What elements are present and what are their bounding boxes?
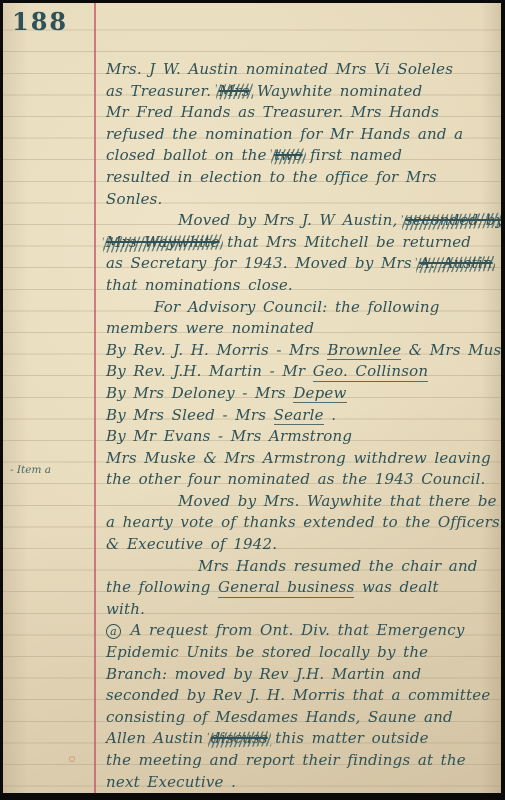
handwritten-segment: By Mrs Deloney - Mrs <box>106 384 293 402</box>
handwritten-line: By Rev. J.H. Martin - Mr Geo. Collinson <box>106 361 499 383</box>
handwritten-segment: Moved by Mrs. Waywhite that there be <box>178 492 497 510</box>
handwritten-segment: as Treasurer. <box>106 82 219 100</box>
handwritten-segment: Branch: moved by Rev J.H. Martin and <box>106 665 421 683</box>
handwritten-segment: the meeting and report their findings at… <box>106 751 466 769</box>
handwritten-segment: was dealt <box>354 578 438 596</box>
handwritten-line: Allen Austin discuss this matter outside <box>106 728 499 750</box>
underlined-name: Searle <box>274 406 324 426</box>
handwritten-segment: consisting of Mesdames Hands, Saune and <box>106 708 453 726</box>
handwritten-line: the following General business was dealt <box>106 577 499 599</box>
handwritten-segment: a hearty vote of thanks extended to the … <box>106 513 500 531</box>
handwritten-segment: . <box>324 406 336 424</box>
handwritten-line: a A request from Ont. Div. that Emergenc… <box>106 620 499 642</box>
handwritten-segment: resulted in election to the office for M… <box>106 168 437 186</box>
handwritten-line: By Mr Evans - Mrs Armstrong <box>106 426 499 448</box>
handwritten-line: Moved by Mrs J. W Austin, seconded by <box>106 210 499 232</box>
handwritten-line: Epidemic Units be stored locally by the <box>106 642 499 664</box>
handwritten-line: members were nominated <box>106 318 499 340</box>
underlined-name: Brownlee <box>327 341 401 361</box>
page-number: 188 <box>12 7 68 36</box>
handwritten-segment: with. <box>106 600 145 618</box>
handwritten-segment: the following <box>106 578 218 596</box>
handwritten-segment: that nominations close. <box>106 276 293 294</box>
scribbled-out-text: Mrs Waywhite <box>106 232 220 254</box>
handwritten-line: the other four nominated as the 1943 Cou… <box>106 469 499 491</box>
handwritten-line: Mr Fred Hands as Treasurer. Mrs Hands <box>106 102 499 124</box>
handwritten-segment: By Mr Evans - Mrs Armstrong <box>106 427 352 445</box>
handwritten-line: Mrs Muske & Mrs Armstrong withdrew leavi… <box>106 448 499 470</box>
handwritten-line: For Advisory Council: the following <box>106 297 499 319</box>
handwritten-line: that nominations close. <box>106 275 499 297</box>
circled-item-marker: a <box>106 624 121 639</box>
handwritten-segment: as Secretary for 1943. Moved by Mrs <box>106 254 419 272</box>
handwritten-segment: the other four nominated as the 1943 Cou… <box>106 470 485 488</box>
handwritten-segment: this matter outside <box>268 729 429 747</box>
handwritten-segment: By Rev. J. H. Morris - Mrs <box>106 341 327 359</box>
handwritten-text: Mrs. J W. Austin nominated Mrs Vi Solele… <box>106 59 499 793</box>
handwritten-segment: Mrs. J W. Austin nominated Mrs Vi Solele… <box>106 60 453 78</box>
handwritten-line: a hearty vote of thanks extended to the … <box>106 512 499 534</box>
scribbled-out-text: Mrs <box>219 81 250 103</box>
handwritten-segment: A request from Ont. Div. that Emergency <box>123 621 465 639</box>
handwritten-line: By Rev. J. H. Morris - Mrs Brownlee & Mr… <box>106 340 499 362</box>
handwritten-line: resulted in election to the office for M… <box>106 167 499 189</box>
handwritten-line: Mrs. J W. Austin nominated Mrs Vi Solele… <box>106 59 499 81</box>
handwritten-line: seconded by Rev J. H. Morris that a comm… <box>106 685 499 707</box>
handwritten-segment: that Mrs Mitchell be returned <box>220 233 471 251</box>
handwritten-segment: Mrs Muske & Mrs Armstrong withdrew leavi… <box>106 449 491 467</box>
scribbled-out-text: discuss <box>211 728 268 750</box>
handwritten-segment: first named <box>303 146 403 164</box>
handwritten-segment: Mr Fred Hands as Treasurer. Mrs Hands <box>106 103 439 121</box>
handwritten-segment: Waywhite nominated <box>250 82 423 100</box>
underlined-name: General business <box>218 578 354 598</box>
handwritten-line: Branch: moved by Rev J.H. Martin and <box>106 664 499 686</box>
handwritten-segment: & Mrs Muske <box>401 341 501 359</box>
handwritten-line: as Secretary for 1943. Moved by Mrs A. A… <box>106 253 499 275</box>
handwritten-line: closed ballot on the two first named <box>106 145 499 167</box>
underlined-name: Depew <box>293 384 346 404</box>
handwritten-segment: Moved by Mrs J. W Austin, <box>178 211 405 229</box>
scribbled-out-text: seconded by <box>405 210 501 232</box>
handwritten-segment: refused the nomination for Mr Hands and … <box>106 125 463 143</box>
scribbled-out-text: two <box>274 145 303 167</box>
handwritten-line: Mrs Waywhite that Mrs Mitchell be return… <box>106 232 499 254</box>
handwritten-line: consisting of Mesdames Hands, Saune and <box>106 707 499 729</box>
handwritten-line: Mrs Hands resumed the chair and <box>106 556 499 578</box>
ledger-page: 188 - Item a Mrs. J W. Austin nominated … <box>3 3 501 793</box>
handwritten-segment: closed ballot on the <box>106 146 274 164</box>
handwritten-line: By Mrs Sleed - Mrs Searle . <box>106 405 499 427</box>
handwritten-segment: Allen Austin <box>106 729 211 747</box>
ledger-photo: 188 - Item a Mrs. J W. Austin nominated … <box>0 0 505 800</box>
handwritten-line: next Executive . <box>106 772 499 793</box>
handwritten-segment: & Executive of 1942. <box>106 535 277 553</box>
underlined-name: Geo. Collinson <box>313 362 428 382</box>
handwritten-segment: seconded by Rev J. H. Morris that a comm… <box>106 686 490 704</box>
handwritten-segment: By Mrs Sleed - Mrs <box>106 406 274 424</box>
margin-rule-line <box>94 3 96 793</box>
handwritten-segment: members were nominated <box>106 319 314 337</box>
handwritten-segment: Sonles. <box>106 190 163 208</box>
scribbled-out-text: A. Austin <box>419 253 492 275</box>
handwritten-line: Moved by Mrs. Waywhite that there be <box>106 491 499 513</box>
handwritten-line: with. <box>106 599 499 621</box>
handwritten-segment: next Executive . <box>106 773 236 791</box>
handwritten-segment: Mrs Hands resumed the chair and <box>198 557 478 575</box>
handwritten-line: Sonles. <box>106 189 499 211</box>
handwritten-segment: Epidemic Units be stored locally by the <box>106 643 428 661</box>
margin-note: - Item a <box>10 464 94 476</box>
handwritten-segment: For Advisory Council: the following <box>154 298 440 316</box>
handwritten-line: as Treasurer. Mrs Waywhite nominated <box>106 81 499 103</box>
handwritten-line: the meeting and report their findings at… <box>106 750 499 772</box>
handwritten-line: refused the nomination for Mr Hands and … <box>106 124 499 146</box>
handwritten-line: By Mrs Deloney - Mrs Depew <box>106 383 499 405</box>
handwritten-segment: By Rev. J.H. Martin - Mr <box>106 362 313 380</box>
paper-mark <box>69 756 75 762</box>
handwritten-line: & Executive of 1942. <box>106 534 499 556</box>
